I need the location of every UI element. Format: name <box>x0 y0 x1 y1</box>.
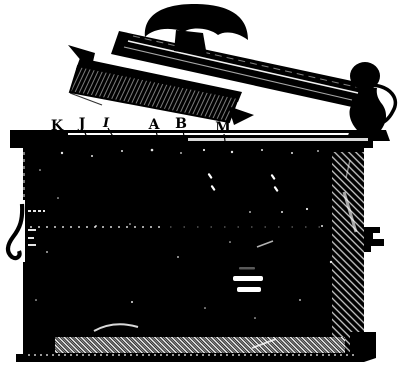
label-I: I <box>102 116 110 131</box>
label-A: A <box>148 117 161 133</box>
label-E: E <box>375 123 383 135</box>
right-hatch-band <box>332 152 364 352</box>
table-top <box>10 130 373 148</box>
chest-body <box>16 148 376 362</box>
left-foot <box>16 354 28 362</box>
right-bracket <box>364 224 399 256</box>
label-B: B <box>175 116 187 132</box>
right-foot <box>350 332 376 362</box>
bottom-hatch-band <box>55 337 345 353</box>
figure-canvas: K J I A B M E <box>0 0 399 369</box>
engraving-figure: K J I A B M E <box>0 0 399 369</box>
label-J: J <box>77 116 86 132</box>
label-K: K <box>51 118 64 134</box>
label-M: M <box>215 120 231 136</box>
